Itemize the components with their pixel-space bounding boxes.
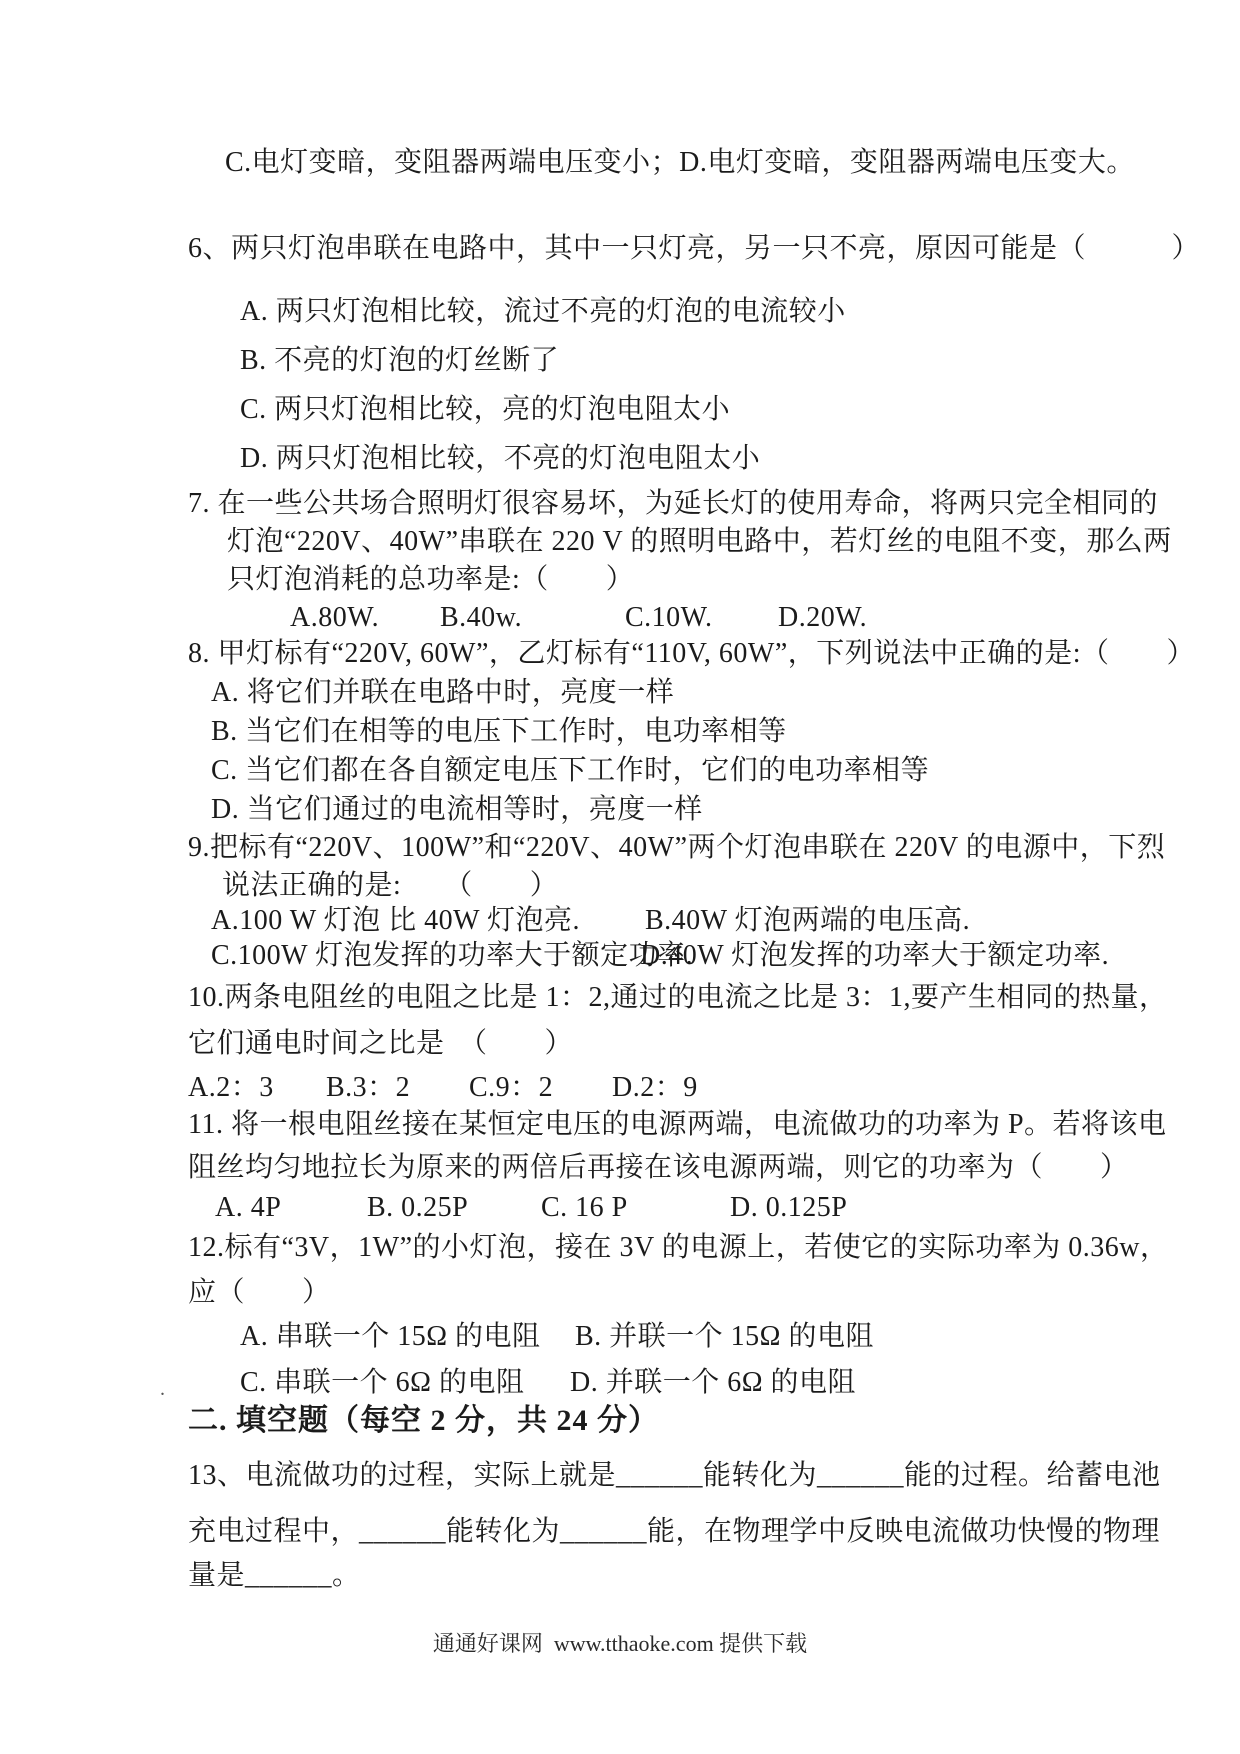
question-13-line-2: 充电过程中，______能转化为______能，在物理学中反映电流做功快慢的物理 (188, 1515, 1160, 1549)
question-6-stem: 6、两只灯泡串联在电路中，其中一只灯亮，另一只不亮，原因可能是（ ） (188, 232, 1200, 266)
question-10-option-a: A.2：3 (188, 1071, 274, 1105)
question-8-option-d: D. 当它们通过的电流相等时，亮度一样 (211, 793, 703, 827)
question-7-stem-line-1: 7. 在一些公共场合照明灯很容易坏，为延长灯的使用寿命，将两只完全相同的 (188, 487, 1158, 521)
question-12-stem-line-1: 12.标有“3V，1W”的小灯泡，接在 3V 的电源上，若使它的实际功率为 0.… (188, 1231, 1168, 1265)
question-13-line-3: 量是______。 (188, 1559, 361, 1593)
question-7-stem-line-3: 只灯泡消耗的总功率是:（ ） (227, 563, 634, 597)
question-5-options-cd: C.电灯变暗，变阻器两端电压变小；D.电灯变暗，变阻器两端电压变大。 (225, 146, 1135, 180)
question-6-option-a: A. 两只灯泡相比较，流过不亮的灯泡的电流较小 (240, 295, 846, 329)
question-10-option-d: D.2：9 (612, 1071, 698, 1105)
question-11-option-d: D. 0.125P (730, 1191, 847, 1225)
question-6-option-c: C. 两只灯泡相比较，亮的灯泡电阻太小 (240, 393, 730, 427)
question-11-stem-line-2: 阻丝均匀地拉长为原来的两倍后再接在该电源两端，则它的功率为（ ） (188, 1151, 1129, 1185)
question-6-option-b: B. 不亮的灯泡的灯丝断了 (240, 344, 559, 378)
footer-download-credit: 通通好课网 www.tthaoke.com 提供下载 (0, 1627, 1240, 1658)
scan-speck: . (160, 1378, 165, 1401)
question-12-option-c: C. 串联一个 6Ω 的电阻 (240, 1366, 525, 1400)
question-9-stem-line-1: 9.把标有“220V、100W”和“220V、40W”两个灯泡串联在 220V … (188, 831, 1165, 865)
question-7-stem-line-2: 灯泡“220V、40W”串联在 220 V 的照明电路中，若灯丝的电阻不变，那么… (227, 525, 1172, 559)
question-8-option-c: C. 当它们都在各自额定电压下工作时，它们的电功率相等 (211, 754, 929, 788)
question-12-option-d: D. 并联一个 6Ω 的电阻 (570, 1366, 856, 1400)
question-7-option-b: B.40w. (440, 601, 522, 635)
question-13-line-1: 13、电流做功的过程，实际上就是______能转化为______能的过程。给蓄电… (188, 1459, 1161, 1493)
question-10-stem-line-2: 它们通电时间之比是 （ ） (188, 1027, 573, 1061)
question-10-option-b: B.3：2 (326, 1071, 410, 1105)
question-12-stem-line-2: 应（ ） (188, 1276, 331, 1310)
question-12-option-a: A. 串联一个 15Ω 的电阻 (240, 1320, 541, 1354)
question-11-option-a: A. 4P (215, 1191, 281, 1225)
question-10-option-c: C.9：2 (469, 1071, 553, 1105)
question-8-option-a: A. 将它们并联在电路中时，亮度一样 (211, 676, 674, 710)
question-7-option-a: A.80W. (290, 601, 379, 635)
question-12-option-b: B. 并联一个 15Ω 的电阻 (575, 1320, 874, 1354)
question-7-option-d: D.20W. (778, 601, 867, 635)
question-11-option-c: C. 16 P (541, 1191, 628, 1225)
question-9-option-c: C.100W 灯泡发挥的功率大于额定功率. (211, 939, 693, 973)
question-8-option-b: B. 当它们在相等的电压下工作时，电功率相等 (211, 715, 787, 749)
section-2-heading: 二. 填空题（每空 2 分，共 24 分） (188, 1404, 659, 1438)
question-6-option-d: D. 两只灯泡相比较，不亮的灯泡电阻太小 (240, 442, 760, 476)
question-8-stem: 8. 甲灯标有“220V, 60W”，乙灯标有“110V, 60W”，下列说法中… (188, 637, 1195, 671)
question-10-stem-line-1: 10.两条电阻丝的电阻之比是 1：2,通过的电流之比是 3：1,要产生相同的热量… (188, 981, 1168, 1015)
exam-document-page: C.电灯变暗，变阻器两端电压变小；D.电灯变暗，变阻器两端电压变大。 6、两只灯… (0, 0, 1240, 1754)
question-7-option-c: C.10W. (625, 601, 713, 635)
question-9-option-b: B.40W 灯泡两端的电压高. (645, 904, 970, 938)
question-9-stem-line-2: 说法正确的是: （ ） (222, 869, 558, 903)
question-9-option-a: A.100 W 灯泡 比 40W 灯泡亮. (211, 904, 580, 938)
question-9-option-d: D.40W 灯泡发挥的功率大于额定功率. (640, 939, 1109, 973)
question-11-stem-line-1: 11. 将一根电阻丝接在某恒定电压的电源两端，电流做功的功率为 P。若将该电 (188, 1108, 1167, 1142)
question-11-option-b: B. 0.25P (367, 1191, 468, 1225)
